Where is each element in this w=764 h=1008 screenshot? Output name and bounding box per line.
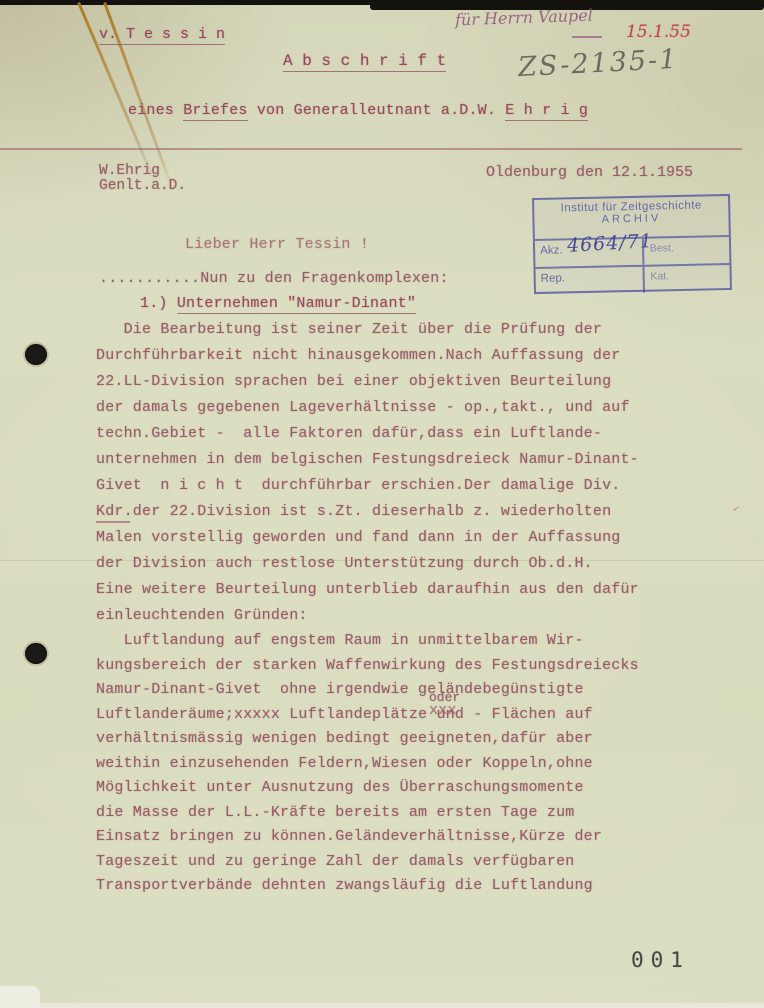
paragraph-2: Luftlandung auf engstem Raum in unmittel…: [96, 629, 696, 899]
handwritten-archive-ref: ZS-2135-1: [517, 44, 679, 83]
scan-corner-bottom-left: [0, 986, 40, 1008]
sender-rank: Genlt.a.D.: [99, 179, 186, 194]
addressee-name: v. T e s s i n: [99, 26, 225, 45]
text-line: Tageszeit und zu geringe Zahl der damals…: [96, 850, 696, 875]
text-line: kungsbereich der starken Waffenwirkung d…: [96, 654, 696, 679]
section-title: Unternehmen "Namur-Dinant": [177, 295, 416, 314]
stamp-row-2: Rep. Kat.: [535, 263, 730, 295]
text-line: techn.Gebiet - alle Faktoren dafür,dass …: [96, 421, 696, 447]
text-line: die Masse der L.L.-Kräfte bereits am ers…: [96, 801, 696, 826]
text-line: Eine weitere Beurteilung unterblieb dara…: [96, 577, 696, 603]
handwritten-dedication: für Herrn Vaupel: [455, 6, 593, 30]
text-line: Einsatz bringen zu können.Geländeverhält…: [96, 825, 696, 850]
place-date: Oldenburg den 12.1.1955: [486, 164, 693, 181]
stamp-rep-label: Rep.: [536, 267, 643, 295]
document-title: A b s c h r i f t: [283, 52, 446, 70]
handwritten-date: 15.1.55: [626, 22, 691, 42]
page-number-stamp: 001: [631, 948, 690, 972]
subtitle-briefes: Briefes: [183, 102, 247, 121]
text-line: Die Bearbeitung ist seiner Zeit über die…: [96, 317, 696, 343]
text-line: unternehmen in dem belgischen Festungsdr…: [96, 447, 696, 473]
salutation: Lieber Herr Tessin !: [185, 232, 369, 258]
section-heading: 1.) Unternehmen "Namur-Dinant": [140, 291, 416, 317]
text-line: Luftlanderäume;xxxxx Luftlandeplätze und…: [96, 703, 696, 728]
text-line: Kdr.der 22.Division ist s.Zt. dieserhalb…: [96, 499, 696, 525]
sender-name: W.Ehrig: [99, 164, 186, 179]
text-line: der damals gegebenen Lageverhältnisse - …: [96, 395, 696, 421]
intro-line: ...........Nun zu den Fragenkomplexen:: [99, 266, 449, 292]
scan-edge-bottom: [0, 1003, 764, 1008]
scanned-letter-page: für Herrn Vaupel 15.1.55 ZS-2135-1 v. T …: [0, 0, 764, 1008]
punch-hole-bottom: [25, 643, 47, 664]
text-line: der Division auch restlose Unterstützung…: [96, 551, 696, 577]
strikeover-xxx: xxx: [429, 702, 457, 719]
text-line: einleuchtenden Gründen:: [96, 603, 696, 629]
dedication-underline: [572, 36, 602, 38]
text-line: Transportverbände dehnten zwangsläufig d…: [96, 874, 696, 899]
text-line: verhältnismässig wenigen bedingt geeigne…: [96, 727, 696, 752]
text-line: Luftlandung auf engstem Raum in unmittel…: [96, 629, 696, 654]
paper-crease: [0, 560, 764, 561]
text-line: weithin einzusehenden Feldern,Wiesen ode…: [96, 752, 696, 777]
sender-block: W.Ehrig Genlt.a.D.: [99, 164, 186, 194]
header-rule: [0, 148, 742, 150]
addressee-line: v. T e s s i n: [99, 26, 225, 43]
text-line: Durchführbarkeit nicht hinausgekommen.Na…: [96, 343, 696, 369]
kdr-underline: [96, 521, 130, 523]
text-line: Malen vorstellig geworden und fand dann …: [96, 525, 696, 551]
stamp-best-label: Best.: [642, 237, 730, 265]
punch-hole-top: [25, 344, 47, 365]
text-line: Möglichkeit unter Ausnutzung des Überras…: [96, 776, 696, 801]
margin-tick: ✓: [732, 502, 741, 517]
text-line: Namur-Dinant-Givet ohne irgendwie geländ…: [96, 678, 696, 703]
subtitle-line: eines Briefes von Generalleutnant a.D.W.…: [128, 98, 588, 124]
paragraph-1: Die Bearbeitung ist seiner Zeit über die…: [96, 317, 696, 629]
stamp-kat-label: Kat.: [642, 265, 730, 293]
text-line: 22.LL-Division sprachen bei einer objekt…: [96, 369, 696, 395]
archive-stamp: Institut für Zeitgeschichte ARCHIV Akz. …: [532, 194, 732, 294]
subtitle-sender-name: E h r i g: [505, 102, 588, 121]
text-line: Givet n i c h t durchführbar erschien.De…: [96, 473, 696, 499]
